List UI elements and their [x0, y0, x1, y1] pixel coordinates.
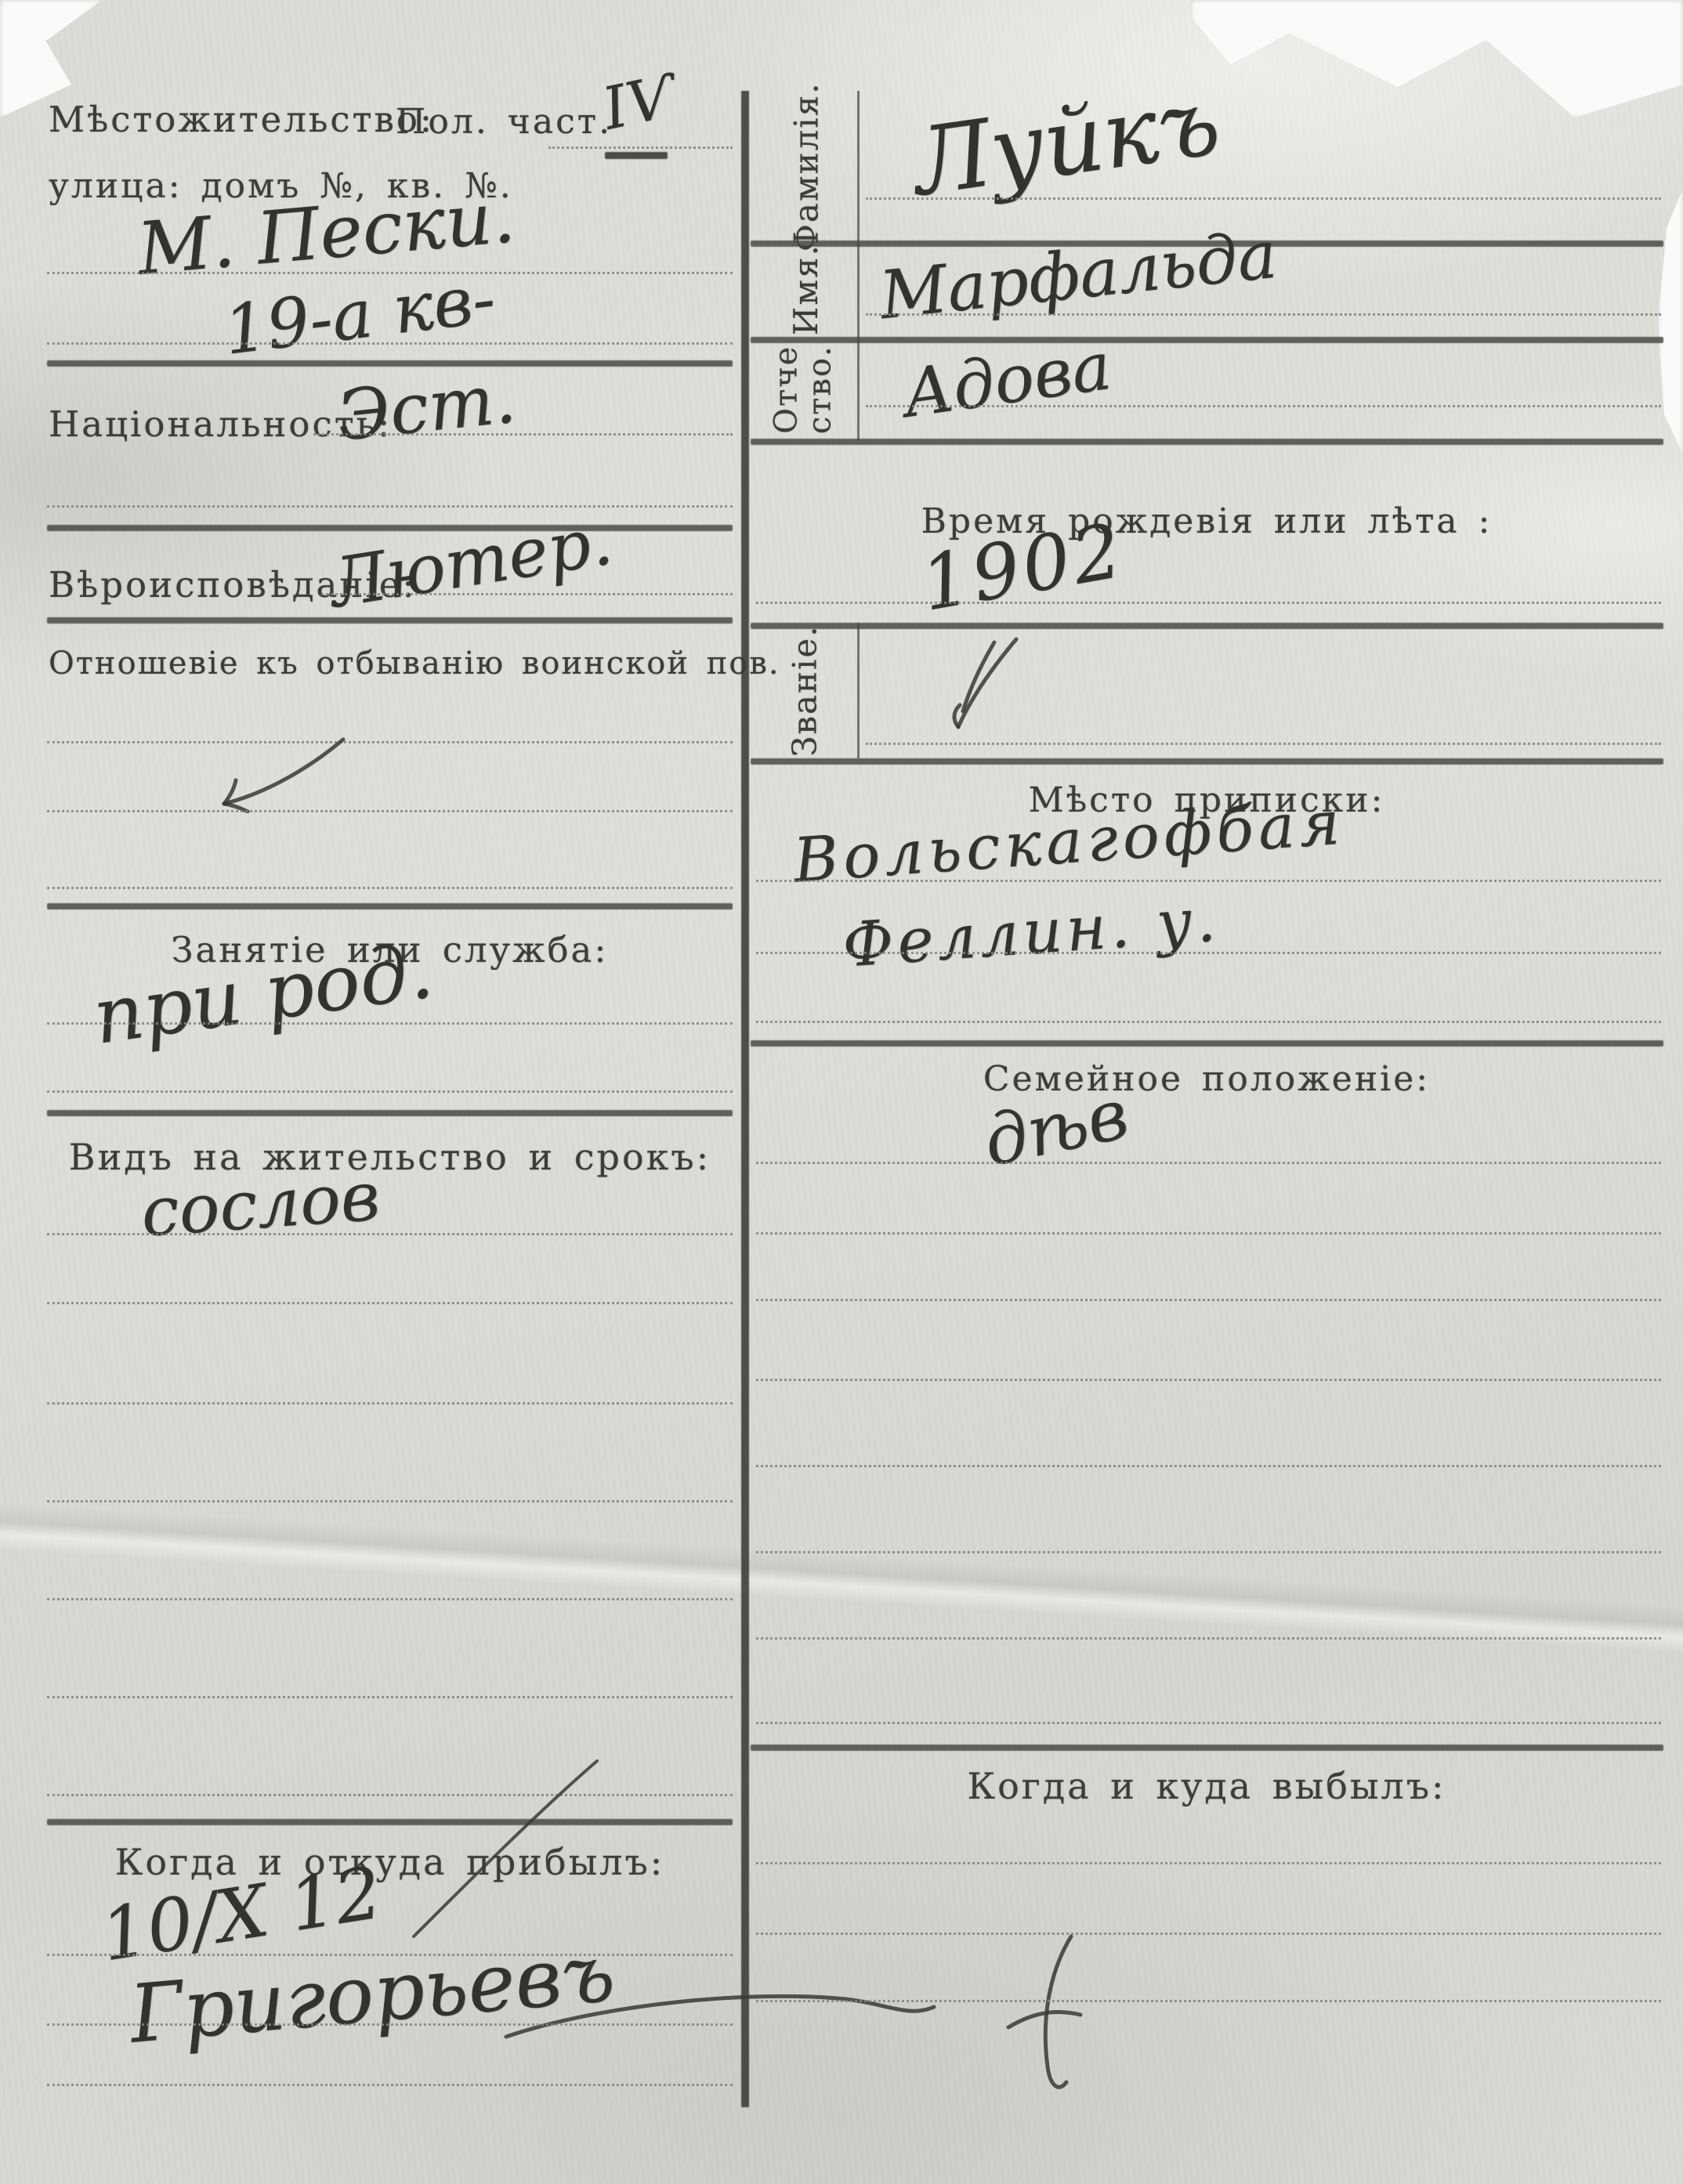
section-rule	[47, 360, 733, 367]
police-part-label: Пол. част.	[396, 102, 612, 142]
dotted-line	[47, 810, 733, 812]
section-rule	[47, 903, 733, 909]
surname-value: Луйкъ	[907, 67, 1225, 216]
nationality-value: Эст.	[333, 357, 519, 456]
section-rule	[47, 525, 733, 531]
section-rule	[751, 758, 1663, 765]
registration-card-page: Мѣстожительство: Пол. част. IѴ улица: до…	[0, 0, 1683, 2184]
name-label-cell: Имя.	[758, 248, 854, 332]
dotted-line	[47, 1500, 733, 1502]
section-rule	[751, 1745, 1663, 1751]
dotted-line	[756, 952, 1661, 954]
departed-label: Когда и куда выбылъ:	[752, 1765, 1661, 1807]
section-rule	[47, 1110, 733, 1116]
dotted-line	[866, 313, 1661, 316]
pen-stroke-flourish-hook	[983, 1929, 1132, 2109]
dotted-line	[756, 880, 1661, 882]
dotted-line	[756, 1232, 1661, 1235]
permit-label: Видъ на жительство и срокъ:	[47, 1136, 733, 1178]
dotted-line	[313, 433, 733, 436]
dotted-line	[756, 1021, 1661, 1023]
dotted-line	[866, 197, 1661, 200]
dotted-line	[47, 1598, 733, 1600]
surname-label-cell: Фамилія.	[758, 97, 854, 237]
family-label: Семейное положеніе:	[752, 1059, 1661, 1099]
dotted-line	[756, 1299, 1661, 1301]
dotted-line	[47, 1233, 733, 1235]
patronymic-label-line1: Отче	[770, 345, 804, 434]
torn-edge-right	[1658, 188, 1683, 454]
permit-value: сослов	[139, 1157, 382, 1252]
dotted-line	[47, 2084, 733, 2086]
column-divider	[741, 91, 749, 2107]
dotted-line	[47, 505, 733, 508]
pen-stroke-military-mark	[212, 735, 353, 813]
dotted-line	[866, 405, 1661, 407]
residence-label: Мѣстожительство:	[49, 99, 434, 140]
dotted-line	[866, 743, 1661, 745]
patronymic-label-line2: ство.	[804, 345, 838, 434]
dotted-line	[756, 602, 1661, 604]
dotted-line	[47, 1022, 733, 1025]
dotted-line	[548, 146, 733, 149]
label-column-line	[857, 91, 860, 440]
dotted-line	[47, 342, 733, 345]
dotted-line	[47, 1794, 733, 1796]
surname-label: Фамилія.	[788, 82, 823, 252]
dotted-line	[756, 1551, 1661, 1553]
dotted-line	[47, 1402, 733, 1405]
patronymic-value: Адова	[898, 327, 1115, 432]
patronymic-label-cell: Отче ство.	[754, 342, 854, 437]
rank-label: Званіе.	[787, 625, 822, 758]
section-rule	[47, 1819, 733, 1825]
pen-underline	[605, 152, 668, 159]
military-label: Отношевіе къ отбыванію воинской пов.	[49, 645, 780, 682]
dotted-line	[756, 1933, 1661, 1935]
dotted-line	[756, 1465, 1661, 1467]
pen-stroke-through-label	[407, 1755, 603, 1943]
rank-label-cell: Званіе.	[757, 627, 852, 755]
dotted-line	[756, 1162, 1661, 1164]
pen-stroke-rank-mark	[936, 633, 1046, 743]
birth-label: Время рождевія или лѣта :	[752, 501, 1661, 541]
section-rule	[751, 1040, 1663, 1047]
name-value: Марфальда	[876, 216, 1280, 334]
label-column-line	[857, 623, 860, 758]
religion-value: Лютер.	[324, 501, 617, 623]
section-rule	[751, 337, 1663, 343]
dotted-line	[756, 1862, 1661, 1864]
dotted-line	[756, 2000, 1661, 2002]
paper-crease	[0, 1473, 1683, 1692]
dotted-line	[756, 1722, 1661, 1724]
signature-flourish	[501, 1943, 956, 2099]
section-rule	[751, 623, 1663, 629]
dotted-line	[756, 1637, 1661, 1640]
section-rule	[47, 617, 733, 624]
torn-edge-top-right	[1191, 0, 1683, 118]
police-part-value: IѴ	[597, 62, 682, 143]
dotted-line	[47, 1302, 733, 1304]
dotted-line	[321, 593, 733, 595]
dotted-line	[47, 1090, 733, 1093]
dotted-line	[47, 1696, 733, 1698]
dotted-line	[47, 887, 733, 889]
dotted-line	[47, 2023, 733, 2026]
arrived-label: Когда и откуда прибылъ:	[47, 1841, 733, 1883]
dotted-line	[47, 741, 733, 743]
name-label: Имя.	[788, 244, 823, 335]
registration-line2: Феллин. у.	[840, 884, 1222, 981]
section-rule	[751, 439, 1663, 445]
dotted-line	[756, 1379, 1661, 1381]
